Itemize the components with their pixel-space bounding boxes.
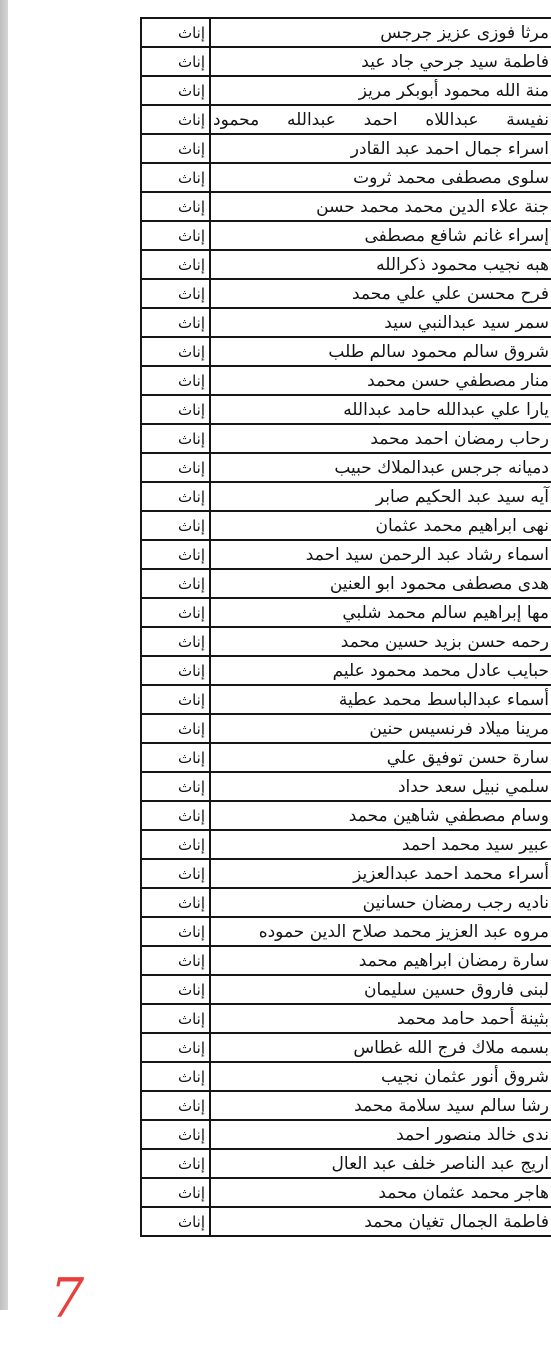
- gender-cell: إناث: [141, 105, 210, 134]
- gender-cell: إناث: [141, 366, 210, 395]
- gender-cell: إناث: [141, 1033, 210, 1062]
- table-row: نفيسة عبداللاه احمد عبدالله محمود إناث: [141, 105, 551, 134]
- student-name-cell: بسمه ملاك فرج الله غطاس: [210, 1033, 551, 1062]
- table-row: رحمه حسن بزيد حسين محمد إناث: [141, 627, 551, 656]
- gender-cell: إناث: [141, 308, 210, 337]
- student-name-cell: يارا علي عبدالله حامد عبدالله: [210, 395, 551, 424]
- gender-cell: إناث: [141, 163, 210, 192]
- student-name-cell: عبير سيد محمد احمد: [210, 830, 551, 859]
- scanned-document-page: مرثا فوزى عزيز جرجس إناث فاطمة سيد جرحي …: [0, 0, 551, 1368]
- gender-cell: إناث: [141, 685, 210, 714]
- gender-cell: إناث: [141, 743, 210, 772]
- table-row: مرثا فوزى عزيز جرجس إناث: [141, 18, 551, 47]
- gender-cell: إناث: [141, 482, 210, 511]
- gender-cell: إناث: [141, 1091, 210, 1120]
- gender-cell: إناث: [141, 1120, 210, 1149]
- student-name-cell: فاطمة الجمال تغيان محمد: [210, 1207, 551, 1236]
- gender-cell: إناث: [141, 540, 210, 569]
- student-name-cell: ندى خالد منصور احمد: [210, 1120, 551, 1149]
- student-name-cell: مرينا ميلاد فرنسيس حنين: [210, 714, 551, 743]
- table-row: دميانه جرجس عبدالملاك حبيب إناث: [141, 453, 551, 482]
- table-row: ندى خالد منصور احمد إناث: [141, 1120, 551, 1149]
- gender-cell: إناث: [141, 1004, 210, 1033]
- gender-cell: إناث: [141, 656, 210, 685]
- student-name-cell: إسراء غانم شافع مصطفى: [210, 221, 551, 250]
- student-name-cell: رحمه حسن بزيد حسين محمد: [210, 627, 551, 656]
- table-row: آيه سيد عبد الحكيم صابر إناث: [141, 482, 551, 511]
- student-name-cell: منة الله محمود أبوبكر مريز: [210, 76, 551, 105]
- gender-cell: إناث: [141, 1178, 210, 1207]
- gender-cell: إناث: [141, 627, 210, 656]
- student-name-cell: نهى ابراهيم محمد عثمان: [210, 511, 551, 540]
- gender-cell: إناث: [141, 1149, 210, 1178]
- table-row: سارة رمضان ابراهيم محمد إناث: [141, 946, 551, 975]
- gender-cell: إناث: [141, 337, 210, 366]
- student-name-cell: مرثا فوزى عزيز جرجس: [210, 18, 551, 47]
- gender-cell: إناث: [141, 946, 210, 975]
- student-name-cell: مها إبراهيم سالم محمد شلبي: [210, 598, 551, 627]
- student-name-cell: سمر سيد عبدالنبي سيد: [210, 308, 551, 337]
- table-row: مرينا ميلاد فرنسيس حنين إناث: [141, 714, 551, 743]
- table-row: رحاب رمضان احمد محمد إناث: [141, 424, 551, 453]
- table-row: هاجر محمد عثمان محمد إناث: [141, 1178, 551, 1207]
- table-row: مروه عبد العزيز محمد صلاح الدين حموده إن…: [141, 917, 551, 946]
- gender-cell: إناث: [141, 134, 210, 163]
- student-name-cell: وسام مصطفي شاهين محمد: [210, 801, 551, 830]
- student-name-cell: هبه نجيب محمود ذكرالله: [210, 250, 551, 279]
- table-row: عبير سيد محمد احمد إناث: [141, 830, 551, 859]
- gender-cell: إناث: [141, 569, 210, 598]
- student-name-cell: فاطمة سيد جرحي جاد عيد: [210, 47, 551, 76]
- student-name-cell: رحاب رمضان احمد محمد: [210, 424, 551, 453]
- table-row: هبه نجيب محمود ذكرالله إناث: [141, 250, 551, 279]
- gender-cell: إناث: [141, 714, 210, 743]
- gender-cell: إناث: [141, 801, 210, 830]
- table-row: فاطمة الجمال تغيان محمد إناث: [141, 1207, 551, 1236]
- gender-cell: إناث: [141, 975, 210, 1004]
- table-row: فرح محسن علي علي محمد إناث: [141, 279, 551, 308]
- student-name-cell: اسماء رشاد عبد الرحمن سيد احمد: [210, 540, 551, 569]
- gender-cell: إناث: [141, 453, 210, 482]
- table-row: هدى مصطفى محمود ابو العنين إناث: [141, 569, 551, 598]
- student-name-cell: رشا سالم سيد سلامة محمد: [210, 1091, 551, 1120]
- student-name-cell: هدى مصطفى محمود ابو العنين: [210, 569, 551, 598]
- student-name-cell: ناديه رجب رمضان حسانين: [210, 888, 551, 917]
- student-name-cell: أسماء عبدالباسط محمد عطية: [210, 685, 551, 714]
- student-name-cell: سارة حسن توفيق علي: [210, 743, 551, 772]
- gender-cell: إناث: [141, 511, 210, 540]
- student-name-cell: سارة رمضان ابراهيم محمد: [210, 946, 551, 975]
- gender-cell: إناث: [141, 598, 210, 627]
- table-row: رشا سالم سيد سلامة محمد إناث: [141, 1091, 551, 1120]
- student-name-cell: آيه سيد عبد الحكيم صابر: [210, 482, 551, 511]
- student-name-cell: هاجر محمد عثمان محمد: [210, 1178, 551, 1207]
- table-row: فاطمة سيد جرحي جاد عيد إناث: [141, 47, 551, 76]
- table-row: شروق أنور عثمان نجيب إناث: [141, 1062, 551, 1091]
- table-row: نهى ابراهيم محمد عثمان إناث: [141, 511, 551, 540]
- gender-cell: إناث: [141, 772, 210, 801]
- student-name-cell: شروق سالم محمود سالم طلب: [210, 337, 551, 366]
- student-name-cell: دميانه جرجس عبدالملاك حبيب: [210, 453, 551, 482]
- table-row: ناديه رجب رمضان حسانين إناث: [141, 888, 551, 917]
- table-row: بثينة أحمد حامد محمد إناث: [141, 1004, 551, 1033]
- table-row: وسام مصطفي شاهين محمد إناث: [141, 801, 551, 830]
- student-name-cell: بثينة أحمد حامد محمد: [210, 1004, 551, 1033]
- table-row: سلوى مصطفى محمد ثروت إناث: [141, 163, 551, 192]
- scan-edge-artifact: [0, 0, 8, 1310]
- table-row: اسراء جمال احمد عبد القادر إناث: [141, 134, 551, 163]
- gender-cell: إناث: [141, 1207, 210, 1236]
- gender-cell: إناث: [141, 279, 210, 308]
- student-name-cell: شروق أنور عثمان نجيب: [210, 1062, 551, 1091]
- table-row: منة الله محمود أبوبكر مريز إناث: [141, 76, 551, 105]
- gender-cell: إناث: [141, 830, 210, 859]
- student-name-cell: مروه عبد العزيز محمد صلاح الدين حموده: [210, 917, 551, 946]
- student-name-cell: منار مصطفي حسن محمد: [210, 366, 551, 395]
- student-name-cell: نفيسة عبداللاه احمد عبدالله محمود: [210, 105, 551, 134]
- gender-cell: إناث: [141, 917, 210, 946]
- gender-cell: إناث: [141, 221, 210, 250]
- gender-cell: إناث: [141, 1062, 210, 1091]
- table-row: لبنى فاروق حسين سليمان إناث: [141, 975, 551, 1004]
- table-row: إسراء غانم شافع مصطفى إناث: [141, 221, 551, 250]
- students-roster-table: مرثا فوزى عزيز جرجس إناث فاطمة سيد جرحي …: [140, 17, 551, 1237]
- table-row: بسمه ملاك فرج الله غطاس إناث: [141, 1033, 551, 1062]
- student-name-cell: اسراء جمال احمد عبد القادر: [210, 134, 551, 163]
- table-row: جنة علاء الدين محمد محمد حسن إناث: [141, 192, 551, 221]
- table-row: أسماء عبدالباسط محمد عطية إناث: [141, 685, 551, 714]
- student-name-cell: جنة علاء الدين محمد محمد حسن: [210, 192, 551, 221]
- gender-cell: إناث: [141, 424, 210, 453]
- gender-cell: إناث: [141, 859, 210, 888]
- table-row: يارا علي عبدالله حامد عبدالله إناث: [141, 395, 551, 424]
- gender-cell: إناث: [141, 395, 210, 424]
- gender-cell: إناث: [141, 192, 210, 221]
- page-number: 7: [42, 1272, 92, 1326]
- table-row: منار مصطفي حسن محمد إناث: [141, 366, 551, 395]
- student-name-cell: اريج عبد الناصر خلف عبد العال: [210, 1149, 551, 1178]
- table-row: شروق سالم محمود سالم طلب إناث: [141, 337, 551, 366]
- gender-cell: إناث: [141, 888, 210, 917]
- student-name-cell: فرح محسن علي علي محمد: [210, 279, 551, 308]
- student-name-cell: أسراء محمد احمد عبدالعزيز: [210, 859, 551, 888]
- table-row: اسماء رشاد عبد الرحمن سيد احمد إناث: [141, 540, 551, 569]
- students-table-body: مرثا فوزى عزيز جرجس إناث فاطمة سيد جرحي …: [141, 18, 551, 1236]
- table-row: حبايب عادل محمد محمود عليم إناث: [141, 656, 551, 685]
- gender-cell: إناث: [141, 47, 210, 76]
- gender-cell: إناث: [141, 76, 210, 105]
- table-row: أسراء محمد احمد عبدالعزيز إناث: [141, 859, 551, 888]
- student-name-cell: سلمي نبيل سعد حداد: [210, 772, 551, 801]
- table-row: مها إبراهيم سالم محمد شلبي إناث: [141, 598, 551, 627]
- student-name-cell: سلوى مصطفى محمد ثروت: [210, 163, 551, 192]
- table-row: اريج عبد الناصر خلف عبد العال إناث: [141, 1149, 551, 1178]
- student-name-cell: لبنى فاروق حسين سليمان: [210, 975, 551, 1004]
- table-row: سارة حسن توفيق علي إناث: [141, 743, 551, 772]
- student-name-cell: حبايب عادل محمد محمود عليم: [210, 656, 551, 685]
- gender-cell: إناث: [141, 18, 210, 47]
- table-row: سمر سيد عبدالنبي سيد إناث: [141, 308, 551, 337]
- gender-cell: إناث: [141, 250, 210, 279]
- table-row: سلمي نبيل سعد حداد إناث: [141, 772, 551, 801]
